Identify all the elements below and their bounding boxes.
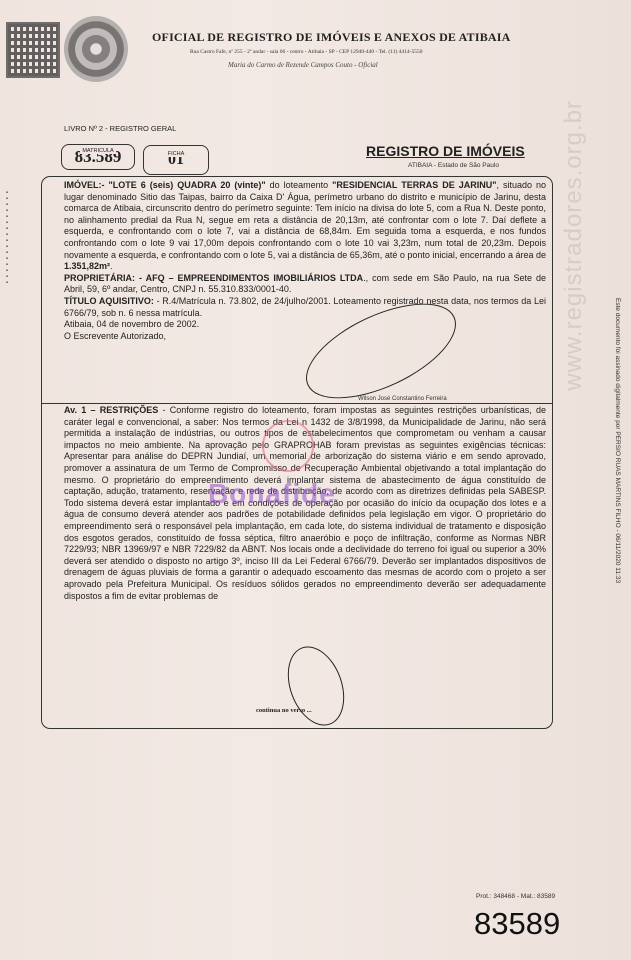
office-title: OFICIAL DE REGISTRO DE IMÓVEIS E ANEXOS …	[152, 30, 512, 45]
imovel-area: 1.351,82m²	[64, 261, 110, 271]
digital-signature-note: Este documento foi assinado digitalmente…	[614, 298, 621, 583]
titulo-label: TÍTULO AQUISITIVO:	[64, 296, 154, 306]
bonafide-stamp: Bonafide	[208, 478, 336, 510]
signer-name: Wilson José Constantino Ferreira	[358, 396, 447, 402]
office-official: Maria do Carmo de Rezende Campos Couto -…	[228, 61, 378, 69]
registry-subtitle: ATIBAIA - Estado de São Paulo	[408, 162, 499, 169]
watermark: www.registradores.org.br	[560, 100, 588, 391]
office-address: Rua Castro Fafe, nº 255 - 2º andar - sal…	[190, 49, 423, 55]
imovel-label: IMÓVEL:-	[64, 180, 105, 190]
imovel-name: "RESIDENCIAL TERRAS DE JARINU"	[332, 180, 496, 190]
qr-code[interactable]	[6, 22, 60, 78]
matricula-number: 83589	[474, 906, 560, 942]
proprietaria-name: - AFQ – EMPREENDIMENTOS IMOBILIÁRIOS LTD…	[135, 273, 363, 283]
ficha-label: FICHA	[166, 151, 187, 157]
bonafide-stamp-icon	[262, 420, 314, 472]
protocol-label: Prot.: 348468 - Mat.: 83589	[476, 893, 555, 900]
continue-note: continua no verso ...	[256, 707, 312, 714]
matricula-label: MATRICULA	[80, 148, 115, 154]
imovel-section: IMÓVEL:- "LOTE 6 (seis) QUADRA 20 (vinte…	[64, 180, 546, 342]
section-divider	[41, 403, 553, 404]
side-code: ▪▪▪▪▪▪▪▪▪▪▪▪▪▪▪▪	[4, 190, 10, 286]
clerk-label: O Escrevente Autorizado,	[64, 331, 166, 341]
place-date: Atibaia, 04 de novembro de 2002.	[64, 319, 199, 329]
ficha-box: FICHA 01	[143, 145, 209, 175]
imovel-lead: "LOTE 6 (seis) QUADRA 20 (vinte)"	[108, 180, 265, 190]
book-label: LIVRO Nº 2 - REGISTRO GERAL	[64, 124, 176, 133]
av1-label: Av. 1 – RESTRIÇÕES	[64, 405, 158, 415]
brazil-coat-of-arms-icon	[64, 16, 128, 82]
imovel-body: , situado no lugar denominado Sitio das …	[64, 180, 546, 260]
document-page: OFICIAL DE REGISTRO DE IMÓVEIS E ANEXOS …	[0, 0, 631, 960]
proprietaria-label: PROPRIETÁRIA:	[64, 273, 135, 283]
imovel-text: do loteamento	[266, 180, 333, 190]
matricula-box: MATRICULA 83.589	[61, 144, 135, 170]
registry-title: REGISTRO DE IMÓVEIS	[366, 143, 525, 159]
